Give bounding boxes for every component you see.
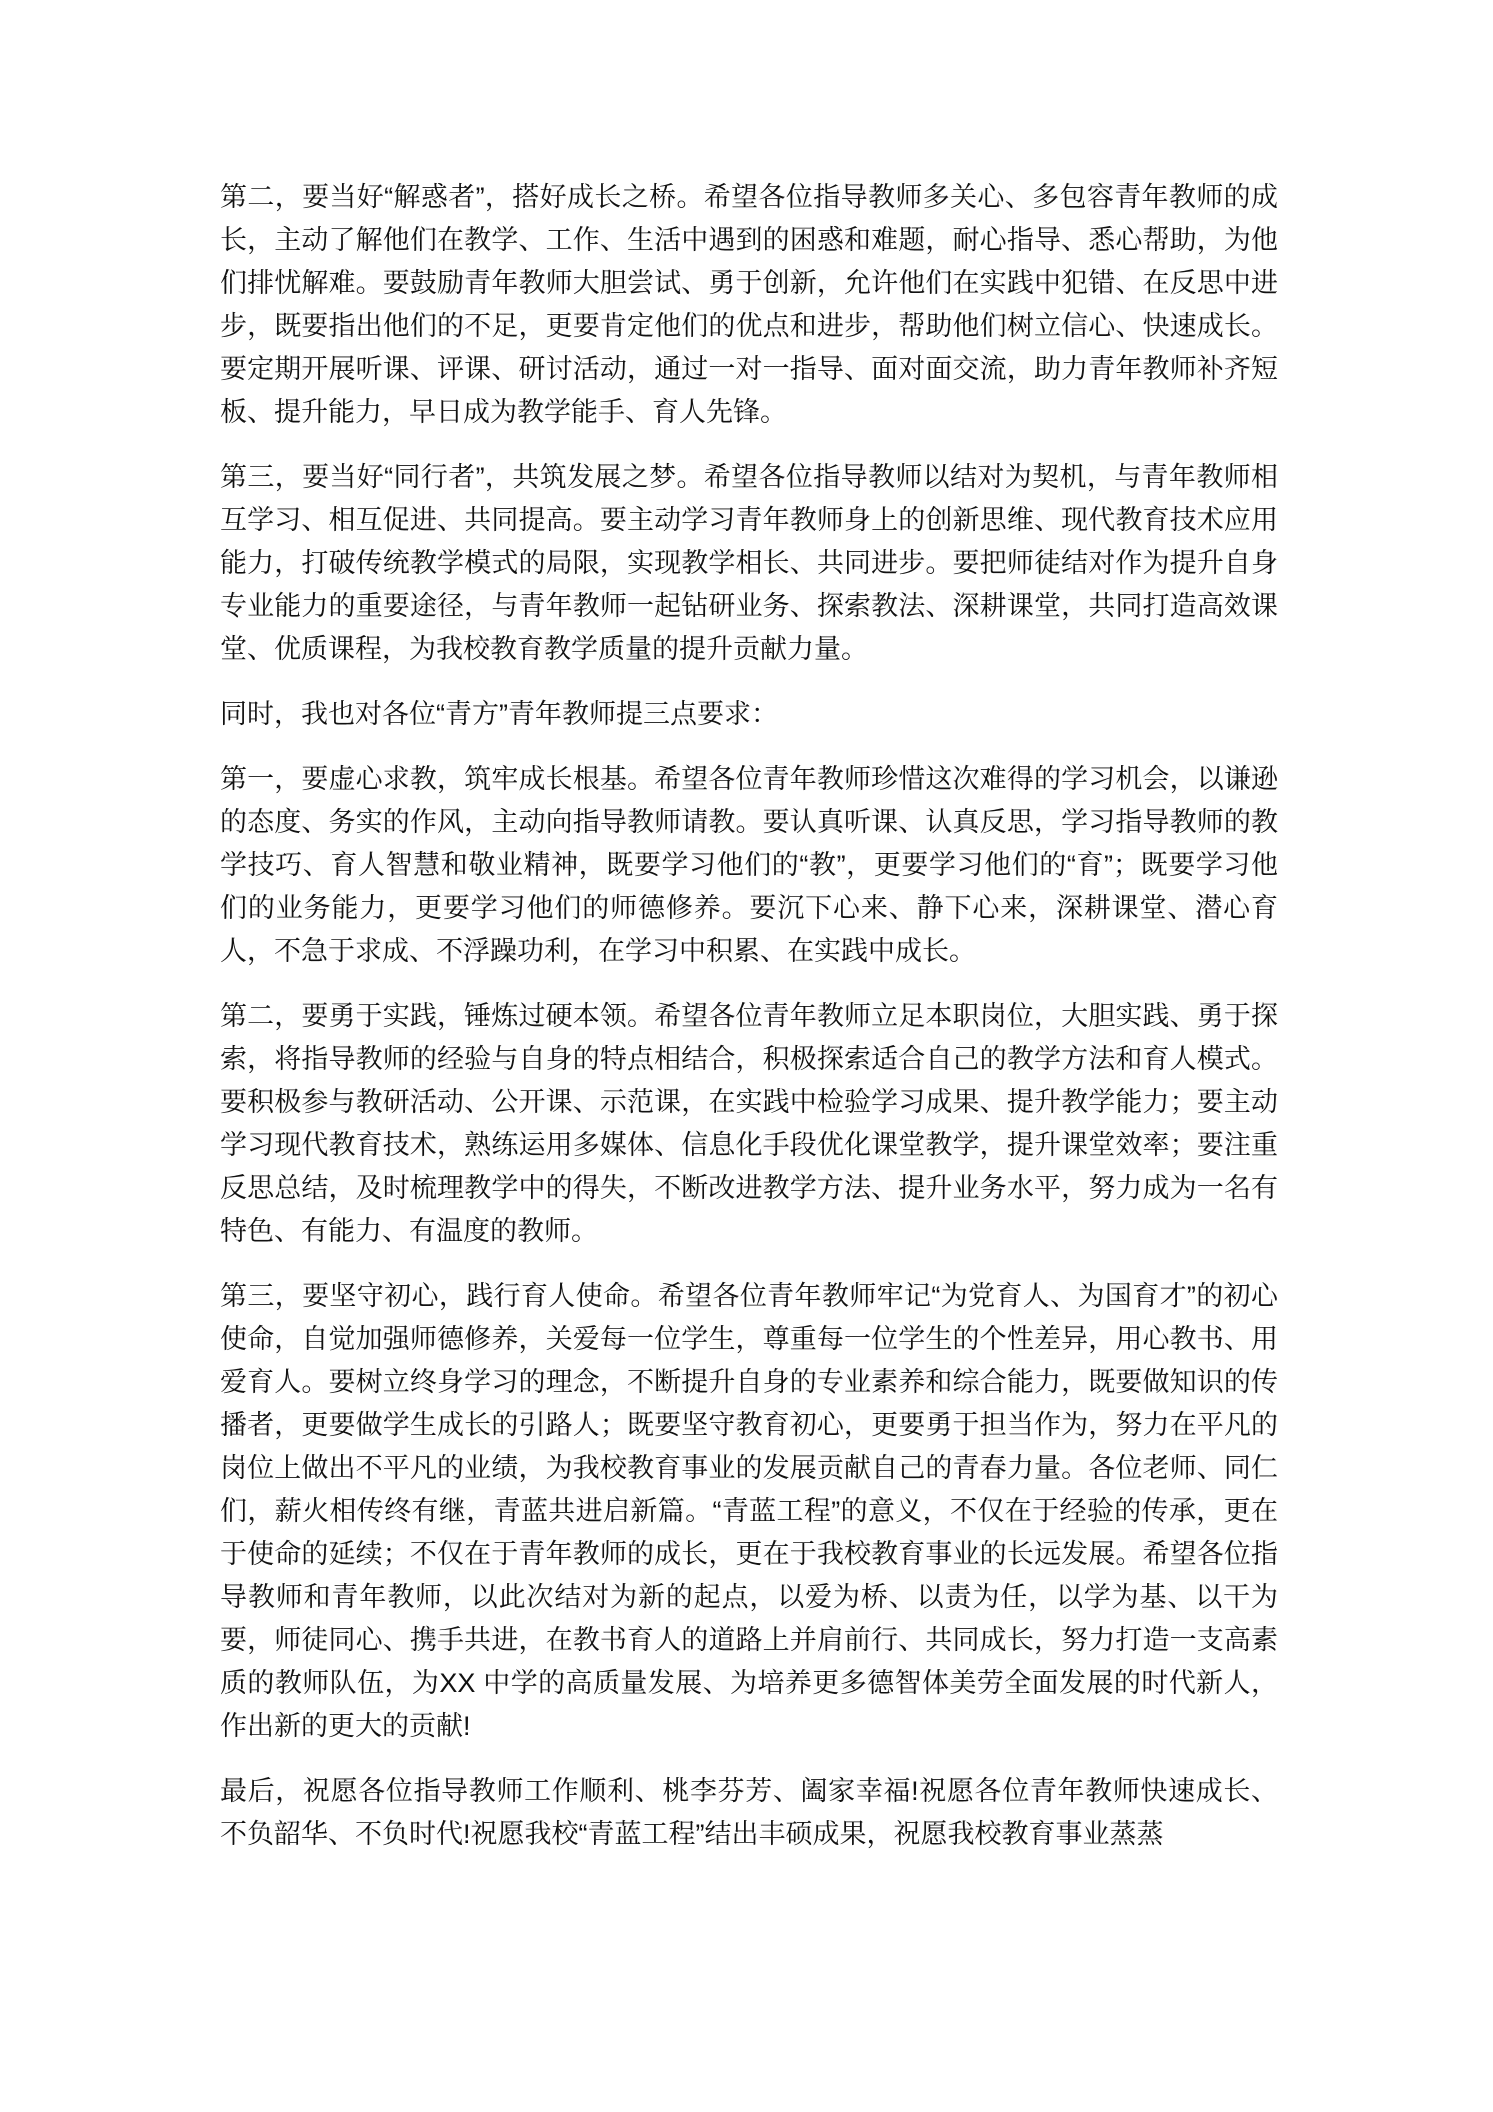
paragraph-transition-requirements: 同时，我也对各位“青方”青年教师提三点要求： xyxy=(220,693,1278,736)
document-page: 第二，要当好“解惑者”，搭好成长之桥。希望各位指导教师多关心、多包容青年教师的成… xyxy=(0,0,1493,2112)
paragraph-young-teachers-point2: 第二，要勇于实践，锤炼过硬本领。希望各位青年教师立足本职岗位，大胆实践、勇于探索… xyxy=(220,995,1278,1253)
paragraph-closing-wishes: 最后，祝愿各位指导教师工作顺利、桃李芬芳、阖家幸福!祝愿各位青年教师快速成长、不… xyxy=(220,1770,1278,1856)
paragraph-mentors-point3: 第三，要当好“同行者”，共筑发展之梦。希望各位指导教师以结对为契机，与青年教师相… xyxy=(220,456,1278,671)
document-body: 第二，要当好“解惑者”，搭好成长之桥。希望各位指导教师多关心、多包容青年教师的成… xyxy=(220,176,1278,1856)
paragraph-mentors-point2: 第二，要当好“解惑者”，搭好成长之桥。希望各位指导教师多关心、多包容青年教师的成… xyxy=(220,176,1278,434)
paragraph-young-teachers-point1: 第一，要虚心求教，筑牢成长根基。希望各位青年教师珍惜这次难得的学习机会，以谦逊的… xyxy=(220,758,1278,973)
paragraph-young-teachers-point3: 第三，要坚守初心，践行育人使命。希望各位青年教师牢记“为党育人、为国育才”的初心… xyxy=(220,1275,1278,1748)
